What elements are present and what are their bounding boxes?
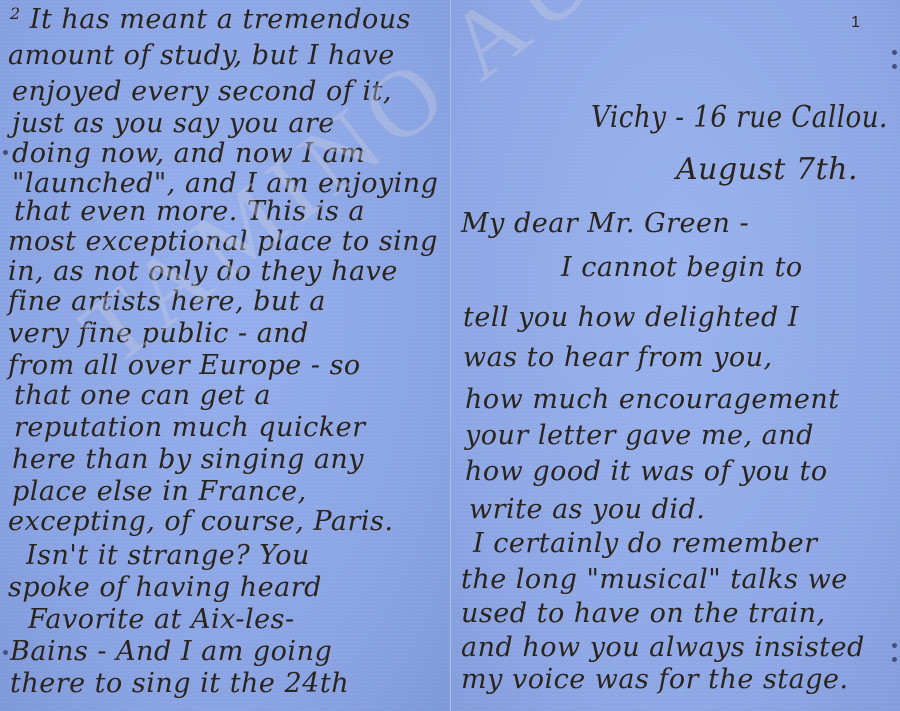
letter-line: excepting, of course, Paris. xyxy=(8,506,393,537)
letter-line: how much encouragement xyxy=(465,384,840,415)
page-number: 2 xyxy=(10,4,21,23)
letter-line: my voice was for the stage. xyxy=(461,664,849,695)
letter-salutation: My dear Mr. Green - xyxy=(461,208,749,239)
letter-line: from all over Europe - so xyxy=(8,350,361,381)
letter-page-left: 2 It has meant a tremendous amount of st… xyxy=(0,0,450,711)
letter-line: in, as not only do they have xyxy=(8,256,398,287)
letter-line: used to have on the train, xyxy=(461,598,826,629)
letter-line: doing now, and now I am xyxy=(12,138,365,169)
letter-line: enjoyed every second of it, xyxy=(12,76,392,107)
letter-line: fine artists here, but a xyxy=(8,286,326,317)
letter-line: Favorite at Aix-les- xyxy=(28,604,295,635)
letter-line: here than by singing any xyxy=(12,444,364,475)
letter-line: and how you always insisted xyxy=(461,632,865,663)
letter-line: spoke of having heard xyxy=(8,572,322,603)
letter-line: that even more. This is a xyxy=(14,196,365,227)
letter-line: Isn't it strange? You xyxy=(26,540,310,571)
letter-line: most exceptional place to sing xyxy=(8,226,438,257)
letter-line: was to hear from you, xyxy=(463,342,773,373)
letter-line: "launched", and I am enjoying xyxy=(12,168,438,199)
letter-line: very fine public - and xyxy=(8,318,309,349)
letter-line: amount of study, but I have xyxy=(8,40,395,71)
letter-line: 2 It has meant a tremendous xyxy=(10,4,411,35)
letter-line: that one can get a xyxy=(14,380,271,411)
letter-line: I cannot begin to xyxy=(561,252,803,283)
letter-page-right: 1 Vichy - 16 rue Callou. August 7th. My … xyxy=(451,0,900,711)
letter-line: just as you say you are xyxy=(12,108,335,139)
letter-line: Bains - And I am going xyxy=(10,636,332,667)
letter-line: write as you did. xyxy=(469,494,705,525)
letter-line: there to sing it the 24th xyxy=(10,668,349,699)
letter-line: place else in France, xyxy=(12,476,307,507)
letter-line: tell you how delighted I xyxy=(463,302,799,333)
letter-line: your letter gave me, and xyxy=(465,420,814,451)
letter-line: how good it was of you to xyxy=(465,456,828,487)
page-number: 1 xyxy=(851,14,860,32)
letterhead-address: Vichy - 16 rue Callou. xyxy=(591,100,888,135)
letter-line: I certainly do remember xyxy=(473,528,818,559)
letter-line: reputation much quicker xyxy=(14,412,365,443)
letter-line: the long "musical" talks we xyxy=(461,564,848,595)
letter-date: August 7th. xyxy=(676,152,858,187)
